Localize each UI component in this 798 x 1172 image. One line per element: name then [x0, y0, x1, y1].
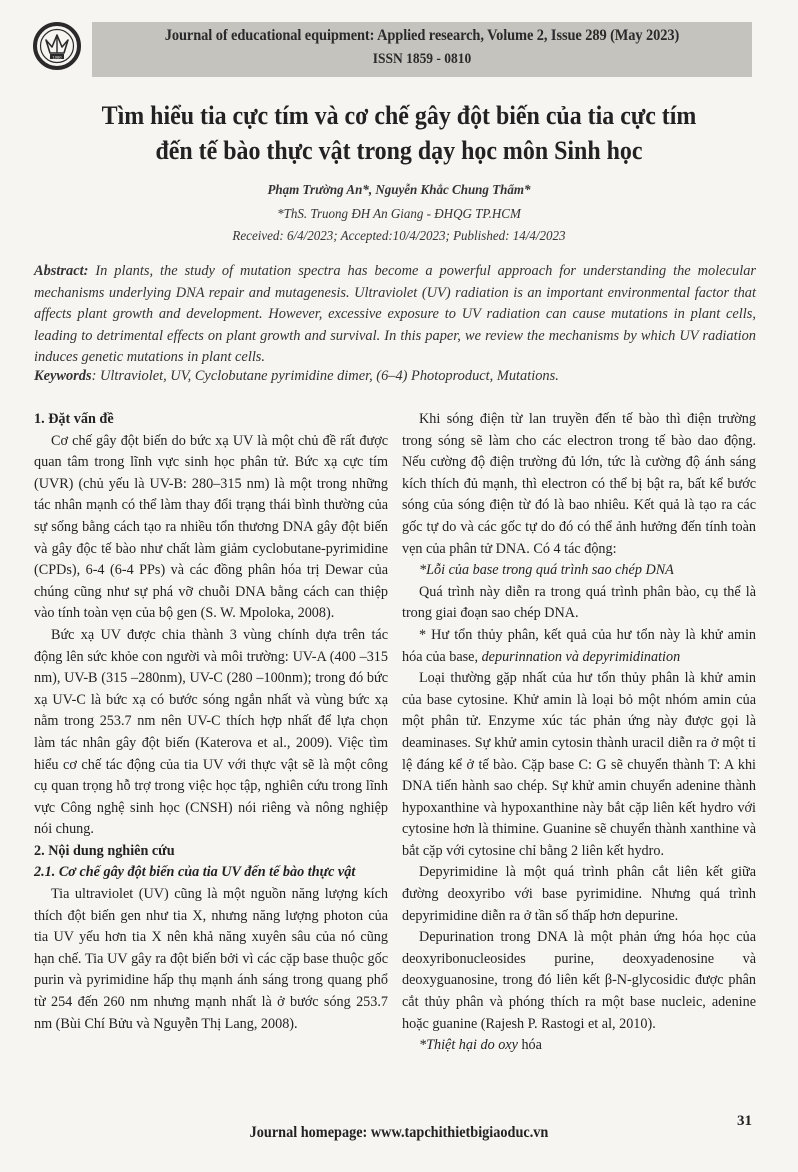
journal-page: 1980 Journal of educational equipment: A…: [0, 0, 798, 1172]
paragraph: Tia ultraviolet (UV) cũng là một nguồn n…: [34, 884, 388, 1035]
keywords-label: Keywords: [34, 368, 92, 384]
section-2-1-heading: 2.1. Cơ chế gây đột biến của tia UV đến …: [34, 862, 388, 884]
section-1-heading: 1. Đặt vấn đề: [34, 409, 388, 431]
paragraph: Loại thường gặp nhất của hư tổn thủy phâ…: [402, 668, 756, 862]
journal-header-band: Journal of educational equipment: Applie…: [92, 22, 752, 77]
effect-3-italic: *Thiệt hại do oxy: [419, 1037, 518, 1053]
svg-text:1980: 1980: [53, 54, 63, 59]
effect-3-rest: hóa: [518, 1037, 542, 1053]
effect-1-heading: *Lỗi của base trong quá trình sao chép D…: [402, 560, 756, 582]
section-2-heading: 2. Nội dung nghiên cứu: [34, 841, 388, 863]
keywords-text: : Ultraviolet, UV, Cyclobutane pyrimidin…: [92, 368, 559, 384]
paragraph: Bức xạ UV được chia thành 3 vùng chính d…: [34, 625, 388, 841]
article-dates: Received: 6/4/2023; Accepted:10/4/2023; …: [28, 229, 770, 245]
paragraph: Cơ chế gây đột biến do bức xạ UV là một …: [34, 431, 388, 625]
journal-homepage-link[interactable]: Journal homepage: www.tapchithietbigiaod…: [32, 1124, 766, 1142]
article-authors: Phạm Trường An*, Nguyễn Khắc Chung Thẩm*: [28, 183, 770, 199]
journal-name: Journal of educational equipment: Applie…: [115, 27, 729, 45]
author-affiliation: *ThS. Truong ĐH An Giang - ĐHQG TP.HCM: [28, 207, 770, 223]
left-column: 1. Đặt vấn đề Cơ chế gây đột biến do bức…: [34, 409, 388, 1035]
right-column: Khi sóng điện từ lan truyền đến tế bào t…: [402, 409, 756, 1057]
article-title: Tìm hiểu tia cực tím và cơ chế gây đột b…: [32, 98, 766, 168]
effect-3-heading: *Thiệt hại do oxy hóa: [402, 1035, 756, 1057]
effect-2-heading: * Hư tổn thủy phân, kết quả của hư tổn n…: [402, 625, 756, 668]
article-title-line-1: Tìm hiểu tia cực tím và cơ chế gây đột b…: [32, 98, 766, 133]
paragraph: Khi sóng điện từ lan truyền đến tế bào t…: [402, 409, 756, 560]
abstract: Abstract: In plants, the study of mutati…: [34, 261, 756, 369]
effect-2-italic: depurinnation và depyrimidination: [482, 649, 681, 665]
keywords: Keywords: Ultraviolet, UV, Cyclobutane p…: [34, 368, 756, 385]
page-number: 31: [737, 1113, 752, 1130]
paragraph: Depurination trong DNA là một phản ứng h…: [402, 927, 756, 1035]
journal-crown-emblem-icon: 1980: [33, 22, 81, 70]
abstract-label: Abstract:: [34, 263, 88, 279]
journal-issn: ISSN 1859 - 0810: [115, 51, 729, 68]
article-title-line-2: đến tế bào thực vật trong dạy học môn Si…: [32, 133, 766, 168]
paragraph: Depyrimidine là một quá trình phân cắt l…: [402, 862, 756, 927]
abstract-text: In plants, the study of mutation spectra…: [34, 263, 756, 365]
paragraph: Quá trình này diễn ra trong quá trình ph…: [402, 582, 756, 625]
